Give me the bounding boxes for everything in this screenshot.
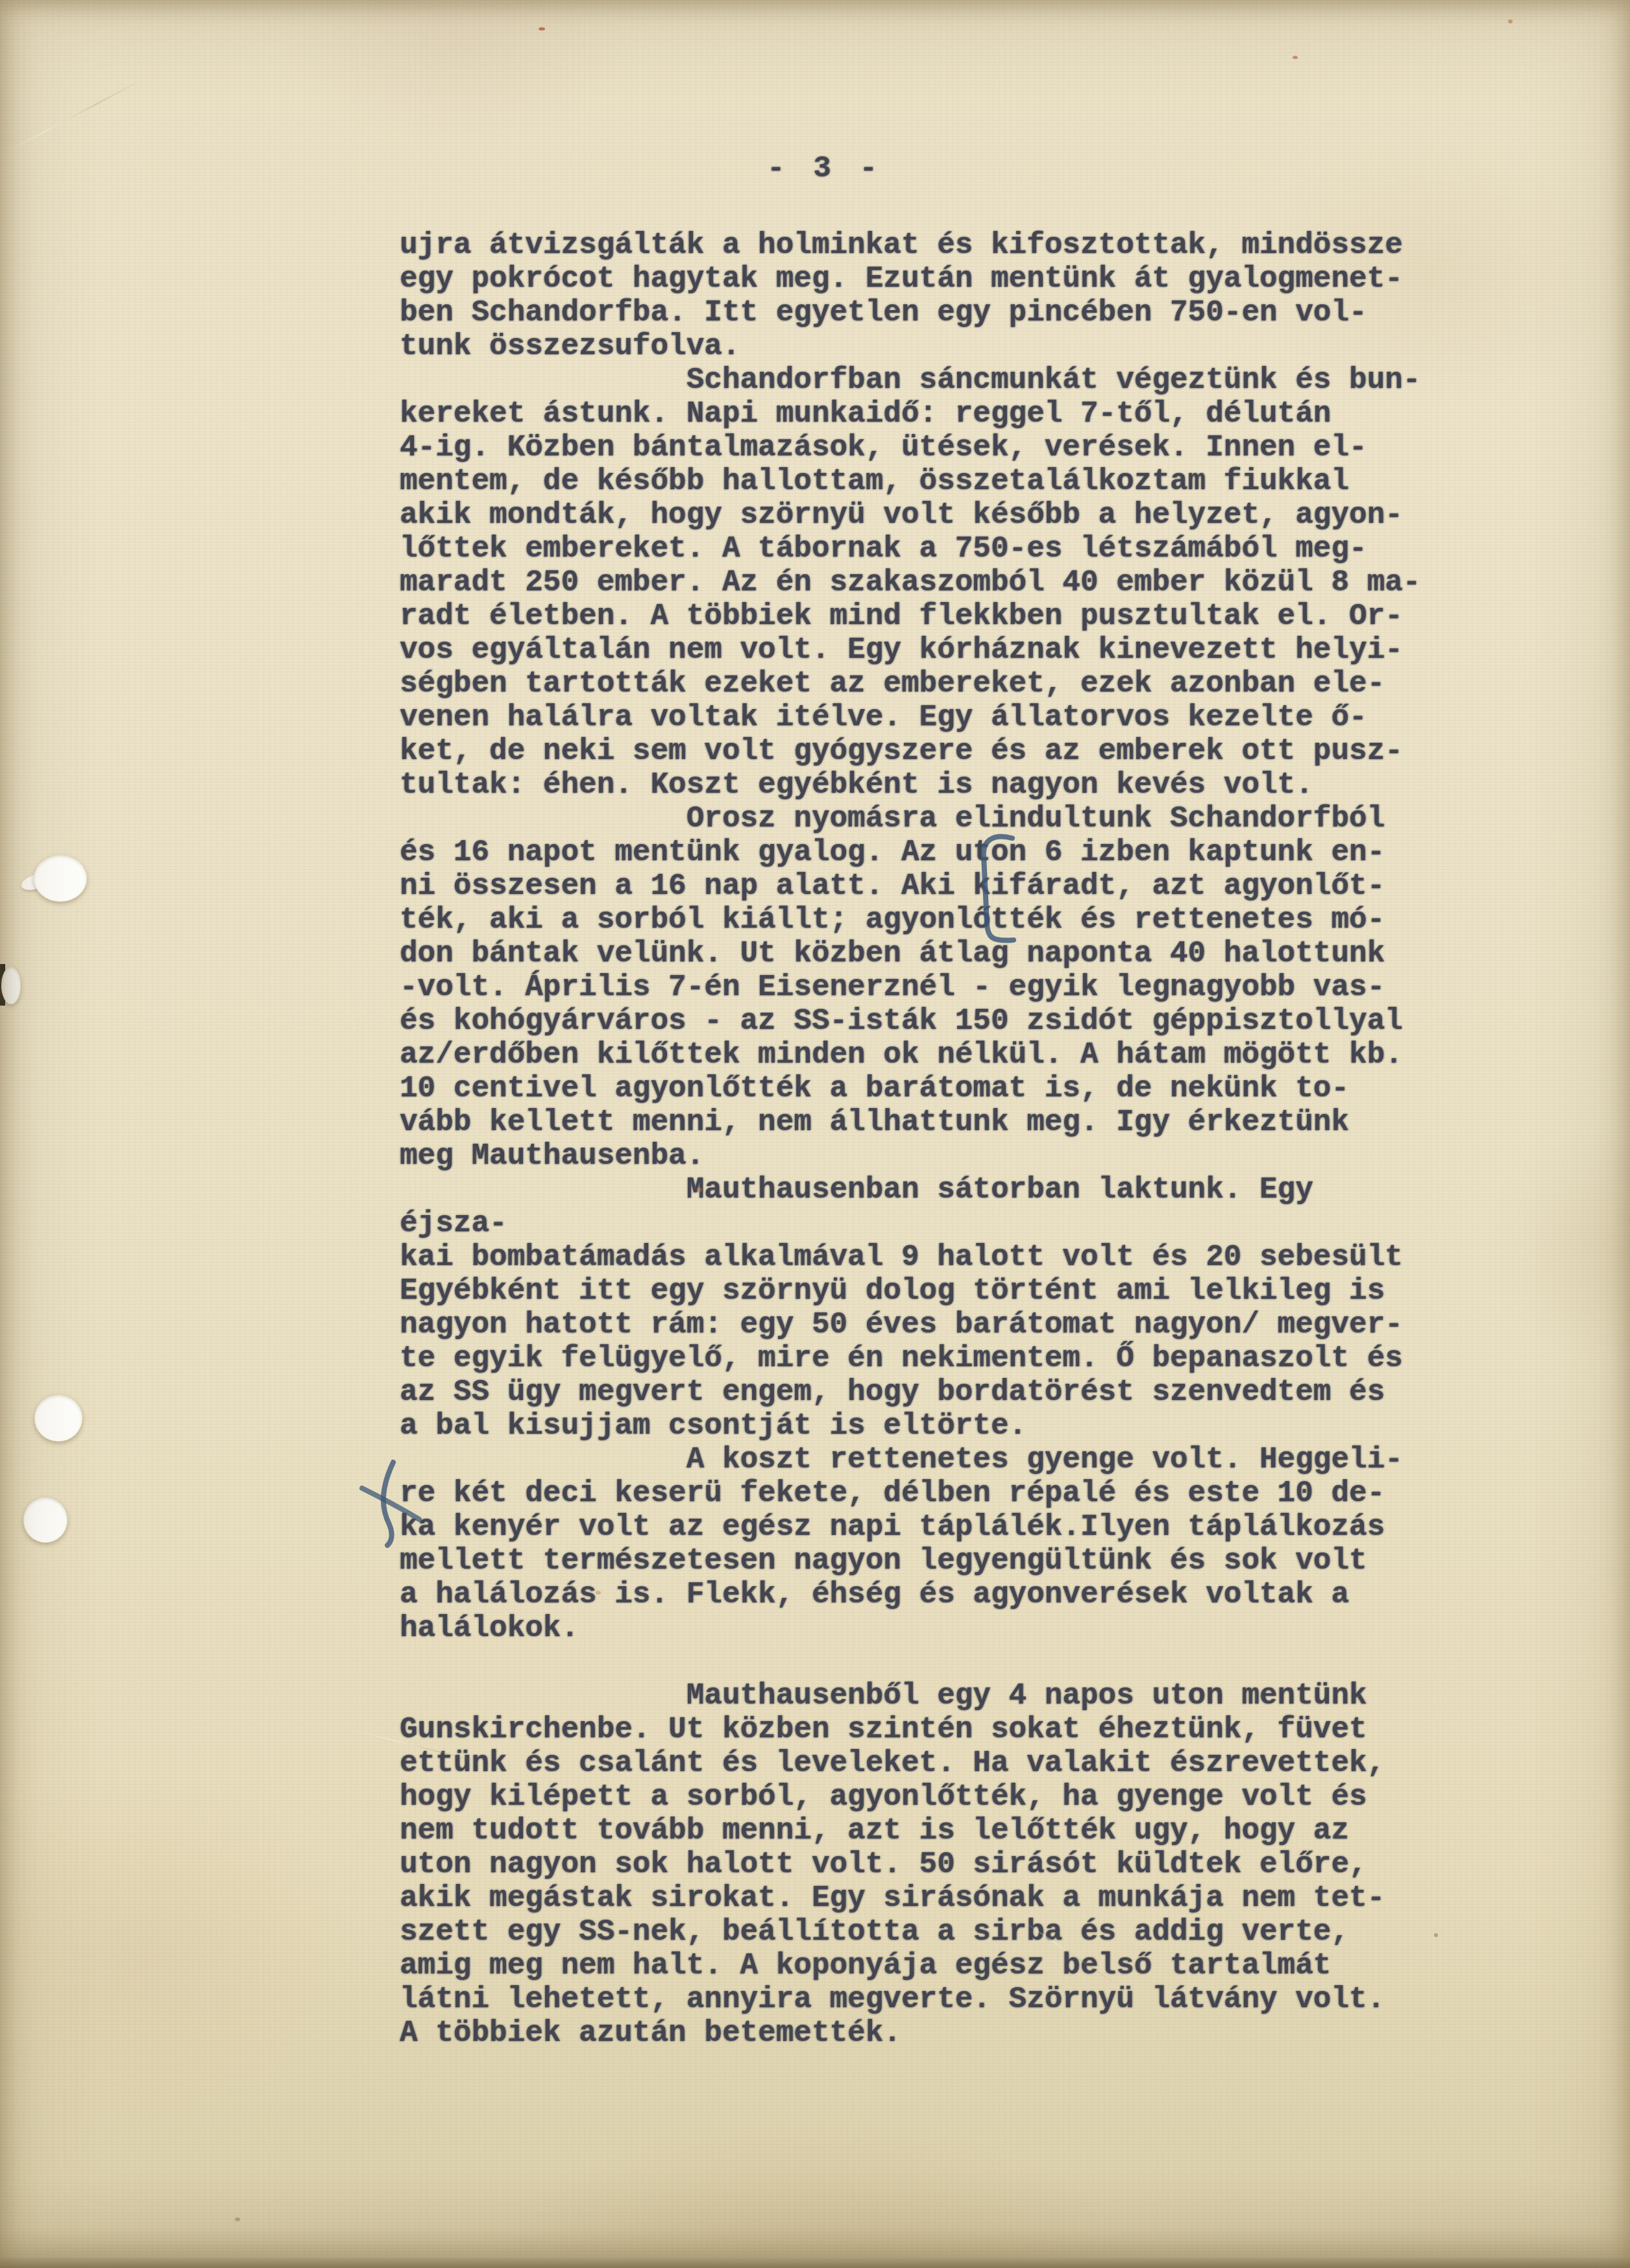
paragraph: Orosz nyomásra elindultunk Schandorfból … bbox=[400, 802, 1438, 1173]
punch-hole bbox=[1, 967, 21, 1004]
punch-hole bbox=[34, 855, 87, 902]
punch-hole bbox=[23, 1497, 67, 1543]
punch-hole bbox=[34, 1395, 82, 1442]
paper-crease bbox=[0, 77, 146, 158]
ink-speck bbox=[596, 1591, 601, 1595]
paragraph: Mauthausenből egy 4 napos uton mentünk G… bbox=[400, 1679, 1438, 2050]
ink-speck bbox=[539, 27, 545, 30]
paragraph: ujra átvizsgálták a holminkat és kifoszt… bbox=[400, 228, 1438, 363]
scanned-page: - 3 - ujra átvizsgálták a holminkat és k… bbox=[0, 0, 1630, 2268]
ink-speck bbox=[1434, 1933, 1438, 1937]
handwritten-x-mark bbox=[383, 1462, 393, 1545]
paragraph: A koszt rettenetes gyenge volt. Heggeli-… bbox=[400, 1443, 1438, 1645]
paragraph: Schandorfban sáncmunkát végeztünk és bun… bbox=[400, 363, 1438, 802]
page-bottom-edge bbox=[0, 2258, 1630, 2268]
ink-speck bbox=[1293, 56, 1298, 59]
paragraph: Mauthausenban sátorban laktunk. Egy éjsz… bbox=[400, 1173, 1438, 1443]
ink-speck bbox=[697, 1187, 701, 1192]
page-number: - 3 - bbox=[767, 152, 882, 186]
document-body: ujra átvizsgálták a holminkat és kifoszt… bbox=[400, 228, 1438, 2050]
page-bottom-shadow bbox=[0, 2228, 1630, 2258]
ink-speck bbox=[1508, 19, 1513, 23]
ink-speck bbox=[235, 2217, 240, 2221]
